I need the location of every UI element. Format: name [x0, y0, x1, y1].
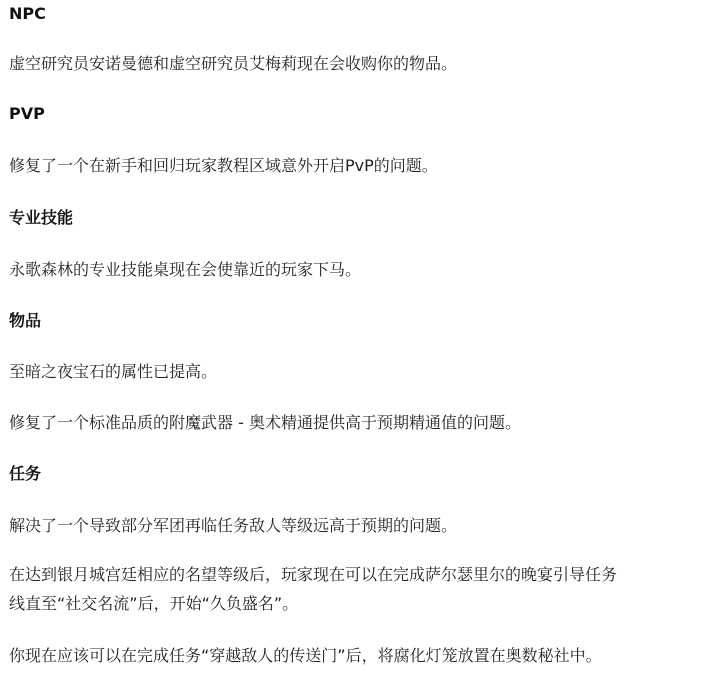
section-heading-quests: 任务	[9, 464, 41, 484]
paragraph-legion-quest-fix: 解决了一个导致部分军团再临任务敌人等级远高于预期的问题。	[9, 516, 457, 536]
section-heading-items: 物品	[9, 311, 41, 331]
section-heading-pvp: PVP	[9, 104, 45, 124]
patch-notes-document: NPC 虚空研究员安诺曼德和虚空研究员艾梅莉现在会收购你的物品。 PVP 修复了…	[0, 0, 706, 691]
paragraph-pvp-fix: 修复了一个在新手和回归玩家教程区域意外开启PvP的问题。	[9, 156, 438, 176]
paragraph-corrupted-lantern: 你现在应该可以在完成任务“穿越敌人的传送门”后，将腐化灯笼放置在奥数秘社中。	[9, 646, 602, 666]
paragraph-silvermoon-court-line1: 在达到银月城宫廷相应的名望等级后，玩家现在可以在完成萨尔瑟里尔的晚宴引导任务	[9, 561, 617, 588]
paragraph-silvermoon-court-line2: 线直至“社交名流”后，开始“久负盛名”。	[9, 590, 298, 617]
paragraph-profession-table: 永歌森林的专业技能桌现在会使靠近的玩家下马。	[9, 260, 361, 280]
section-heading-npc: NPC	[9, 4, 46, 24]
paragraph-gem-stats: 至暗之夜宝石的属性已提高。	[9, 362, 217, 382]
paragraph-enchant-fix: 修复了一个标准品质的附魔武器 - 奥术精通提供高于预期精通值的问题。	[9, 413, 521, 433]
section-heading-professions: 专业技能	[9, 208, 73, 228]
paragraph-npc-vendors: 虚空研究员安诺曼德和虚空研究员艾梅莉现在会收购你的物品。	[9, 54, 457, 74]
